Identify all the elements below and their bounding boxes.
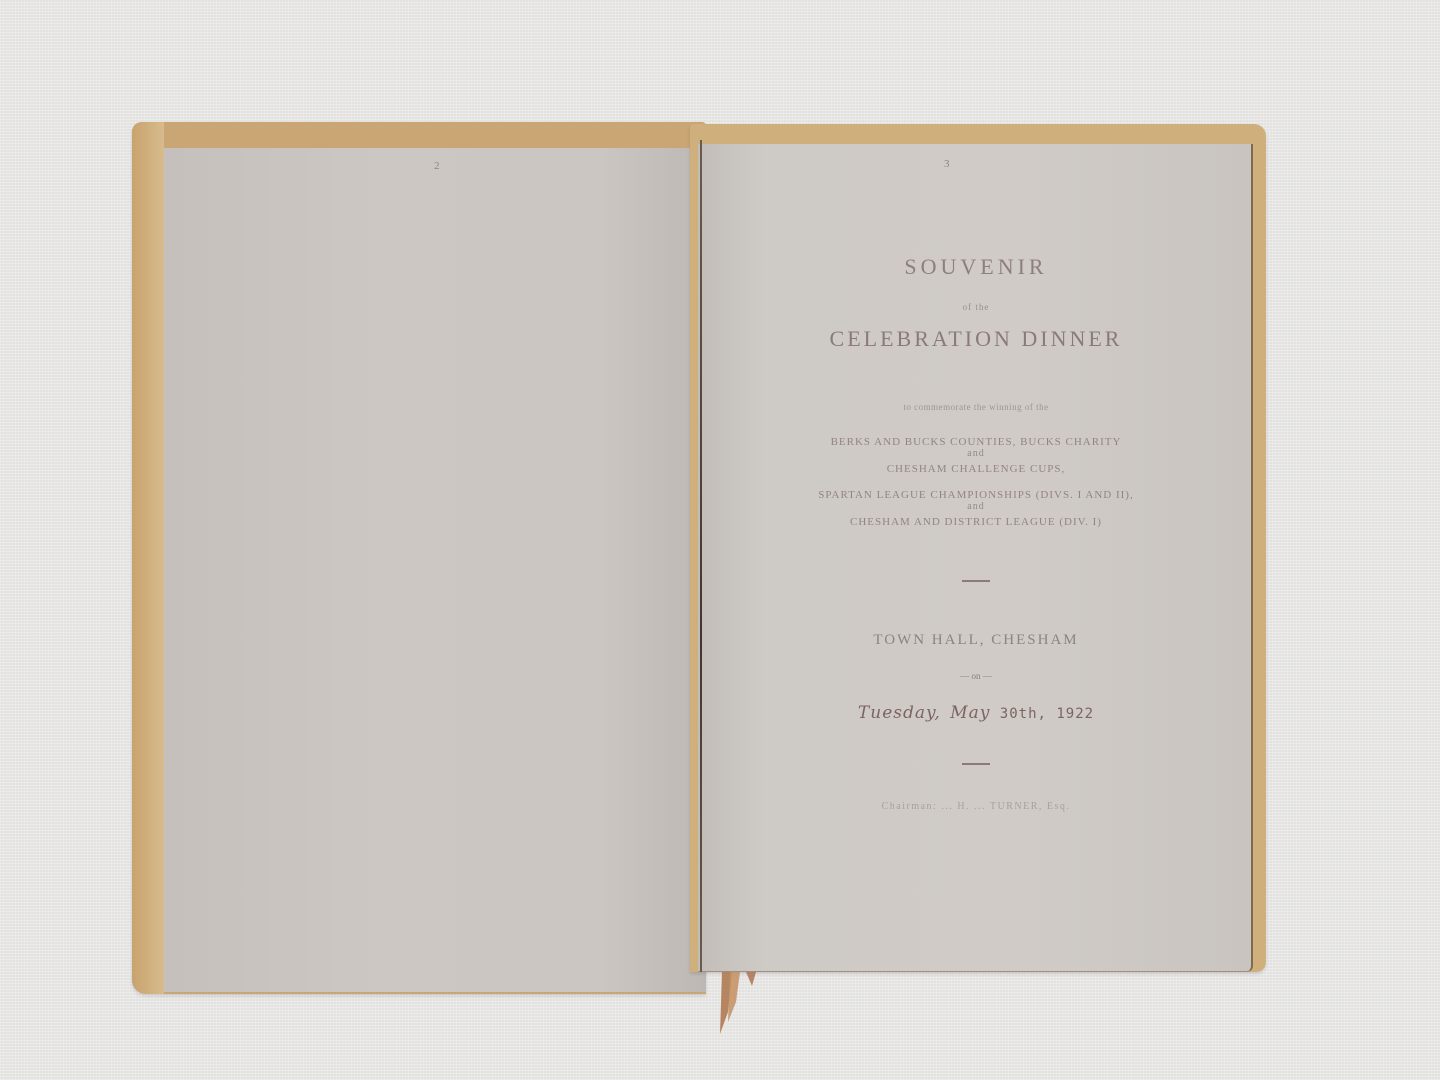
of-the-text: of the <box>698 302 1254 312</box>
left-page <box>132 122 706 994</box>
celebration-dinner-subtitle: CELEBRATION DINNER <box>698 326 1254 352</box>
date-day: 30th, <box>1000 706 1047 722</box>
date-month: May <box>950 703 990 723</box>
title-page-content: SOUVENIR of the CELEBRATION DINNER to co… <box>698 240 1254 812</box>
trophy-line-chesham-cups: CHESHAM CHALLENGE CUPS, <box>698 463 1254 475</box>
on-text: — on — <box>698 671 1254 681</box>
left-page-number: 2 <box>434 160 440 172</box>
venue-text: TOWN HALL, CHESHAM <box>698 632 1254 649</box>
left-page-aged-edge <box>132 122 164 994</box>
chairman-line: Chairman: ... H. ... TURNER, Esq. <box>698 801 1254 812</box>
souvenir-title: SOUVENIR <box>698 254 1254 280</box>
open-booklet: 2 3 SOUVENIR of the CELEBRATION DINNER t… <box>0 0 1440 1080</box>
right-page-number: 3 <box>944 158 950 170</box>
trophy-line-spartan-league: SPARTAN LEAGUE CHAMPIONSHIPS (Divs. I an… <box>698 489 1254 501</box>
and-text: and <box>698 501 1254 512</box>
trophy-line-berks-bucks: BERKS AND BUCKS COUNTIES, BUCKS CHARITY <box>698 436 1254 448</box>
left-page-blank-paper <box>164 148 706 992</box>
commemorate-text: to commemorate the winning of the <box>698 402 1254 412</box>
event-date: Tuesday, May 30th, 1922 <box>698 703 1254 723</box>
date-weekday: Tuesday, <box>858 703 941 723</box>
divider-rule <box>962 580 990 582</box>
divider-rule <box>962 763 990 765</box>
bookmark-ribbon-icon <box>716 972 766 1052</box>
date-year: 1922 <box>1056 706 1094 722</box>
trophy-line-district-league: CHESHAM AND DISTRICT LEAGUE (Div. I) <box>698 516 1254 528</box>
and-text: and <box>698 448 1254 459</box>
